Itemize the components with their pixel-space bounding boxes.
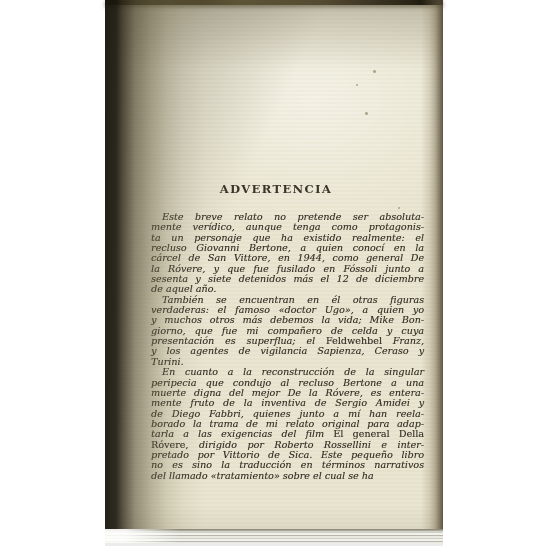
book-fore-edge bbox=[105, 529, 443, 546]
text-line: mente fruto de la inventiva de Sergio Am… bbox=[151, 399, 424, 409]
screenshot-canvas: { "page": { "title": "ADVERTENCIA", "par… bbox=[0, 0, 550, 550]
scan-top-shadow bbox=[105, 0, 443, 5]
paper-speck bbox=[356, 84, 358, 86]
paper-speck bbox=[365, 112, 368, 115]
page-title: ADVERTENCIA bbox=[151, 182, 401, 196]
text-line: tarla a las exigencias del film El gener… bbox=[151, 430, 424, 440]
paper-speck bbox=[398, 207, 400, 209]
page-text: Este breve relato no pretende ser absolu… bbox=[151, 213, 424, 482]
text-line: y los agentes de vigilancia Sapienza, Ce… bbox=[151, 347, 424, 357]
book-page-scan: ADVERTENCIA Este breve relato no pretend… bbox=[105, 0, 443, 546]
paper-speck bbox=[373, 70, 376, 73]
roman-text: Róvere, bbox=[151, 440, 188, 451]
text-line: del llamado «tratamiento» sobre el cual … bbox=[151, 472, 424, 482]
roman-text: Feldwehbel bbox=[326, 336, 382, 347]
roman-text: El general Della bbox=[333, 429, 424, 440]
text-line: En cuanto a la reconstrucción de la sing… bbox=[151, 368, 424, 378]
